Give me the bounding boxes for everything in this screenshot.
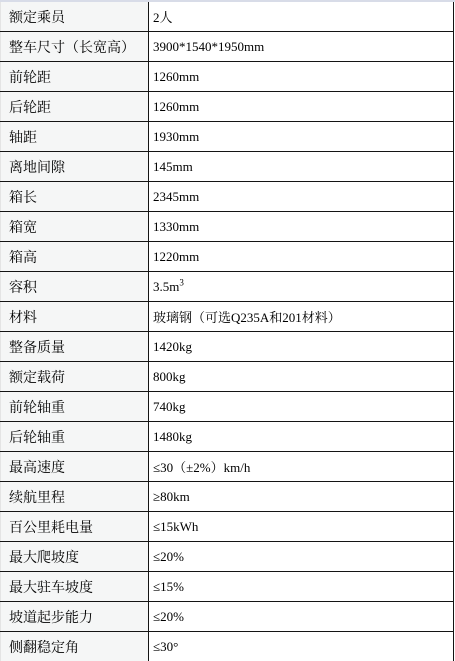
- spec-value: 1260mm: [149, 92, 454, 122]
- table-row: 离地间隙145mm: [1, 152, 454, 182]
- table-row: 续航里程≥80km: [1, 482, 454, 512]
- spec-value: 2人: [149, 2, 454, 32]
- spec-label: 百公里耗电量: [1, 512, 149, 542]
- spec-value: 1220mm: [149, 242, 454, 272]
- table-row: 整车尺寸（长宽高）3900*1540*1950mm: [1, 32, 454, 62]
- spec-value: 3.5m3: [149, 272, 454, 302]
- table-row: 箱长2345mm: [1, 182, 454, 212]
- table-row: 后轮距1260mm: [1, 92, 454, 122]
- spec-value: 1930mm: [149, 122, 454, 152]
- spec-label: 整备质量: [1, 332, 149, 362]
- spec-label: 材料: [1, 302, 149, 332]
- table-row: 坡道起步能力≤20%: [1, 602, 454, 632]
- spec-value: ≥80km: [149, 482, 454, 512]
- spec-label: 续航里程: [1, 482, 149, 512]
- spec-label: 整车尺寸（长宽高）: [1, 32, 149, 62]
- spec-label: 额定载荷: [1, 362, 149, 392]
- spec-value: ≤20%: [149, 542, 454, 572]
- spec-label: 容积: [1, 272, 149, 302]
- spec-label: 侧翻稳定角: [1, 632, 149, 661]
- spec-value-text: 3.5m: [153, 279, 179, 294]
- table-row: 后轮轴重1480kg: [1, 422, 454, 452]
- spec-value: 1260mm: [149, 62, 454, 92]
- spec-label: 前轮轴重: [1, 392, 149, 422]
- vehicle-spec-table: 额定乘员2人整车尺寸（长宽高）3900*1540*1950mm前轮距1260mm…: [0, 2, 454, 661]
- spec-label: 后轮距: [1, 92, 149, 122]
- spec-label: 后轮轴重: [1, 422, 149, 452]
- spec-value: 3900*1540*1950mm: [149, 32, 454, 62]
- spec-value: 740kg: [149, 392, 454, 422]
- table-row: 轴距1930mm: [1, 122, 454, 152]
- table-row: 前轮距1260mm: [1, 62, 454, 92]
- spec-label: 额定乘员: [1, 2, 149, 32]
- spec-value: 1480kg: [149, 422, 454, 452]
- spec-value: ≤30°: [149, 632, 454, 661]
- vehicle-spec-table-body: 额定乘员2人整车尺寸（长宽高）3900*1540*1950mm前轮距1260mm…: [1, 2, 454, 661]
- spec-value: ≤30（±2%）km/h: [149, 452, 454, 482]
- spec-value: ≤15%: [149, 572, 454, 602]
- spec-label: 离地间隙: [1, 152, 149, 182]
- spec-value: 1330mm: [149, 212, 454, 242]
- spec-label: 最大爬坡度: [1, 542, 149, 572]
- spec-value: 玻璃钢（可选Q235A和201材料）: [149, 302, 454, 332]
- table-row: 箱宽1330mm: [1, 212, 454, 242]
- spec-label: 轴距: [1, 122, 149, 152]
- spec-label: 前轮距: [1, 62, 149, 92]
- table-row: 前轮轴重740kg: [1, 392, 454, 422]
- spec-label: 最高速度: [1, 452, 149, 482]
- table-row: 最高速度≤30（±2%）km/h: [1, 452, 454, 482]
- spec-label: 箱宽: [1, 212, 149, 242]
- spec-label: 箱长: [1, 182, 149, 212]
- spec-value: 145mm: [149, 152, 454, 182]
- spec-value-superscript: 3: [179, 277, 184, 287]
- spec-page: 额定乘员2人整车尺寸（长宽高）3900*1540*1950mm前轮距1260mm…: [0, 0, 455, 661]
- table-row: 最大爬坡度≤20%: [1, 542, 454, 572]
- table-row: 百公里耗电量≤15kWh: [1, 512, 454, 542]
- spec-label: 箱高: [1, 242, 149, 272]
- table-row: 箱高1220mm: [1, 242, 454, 272]
- table-row: 材料玻璃钢（可选Q235A和201材料）: [1, 302, 454, 332]
- table-row: 最大驻车坡度≤15%: [1, 572, 454, 602]
- spec-value: ≤15kWh: [149, 512, 454, 542]
- table-row: 整备质量1420kg: [1, 332, 454, 362]
- table-row: 额定载荷800kg: [1, 362, 454, 392]
- spec-value: 800kg: [149, 362, 454, 392]
- spec-value: 1420kg: [149, 332, 454, 362]
- spec-value: 2345mm: [149, 182, 454, 212]
- spec-label: 最大驻车坡度: [1, 572, 149, 602]
- table-row: 额定乘员2人: [1, 2, 454, 32]
- table-row: 容积3.5m3: [1, 272, 454, 302]
- spec-value: ≤20%: [149, 602, 454, 632]
- table-row: 侧翻稳定角≤30°: [1, 632, 454, 661]
- spec-label: 坡道起步能力: [1, 602, 149, 632]
